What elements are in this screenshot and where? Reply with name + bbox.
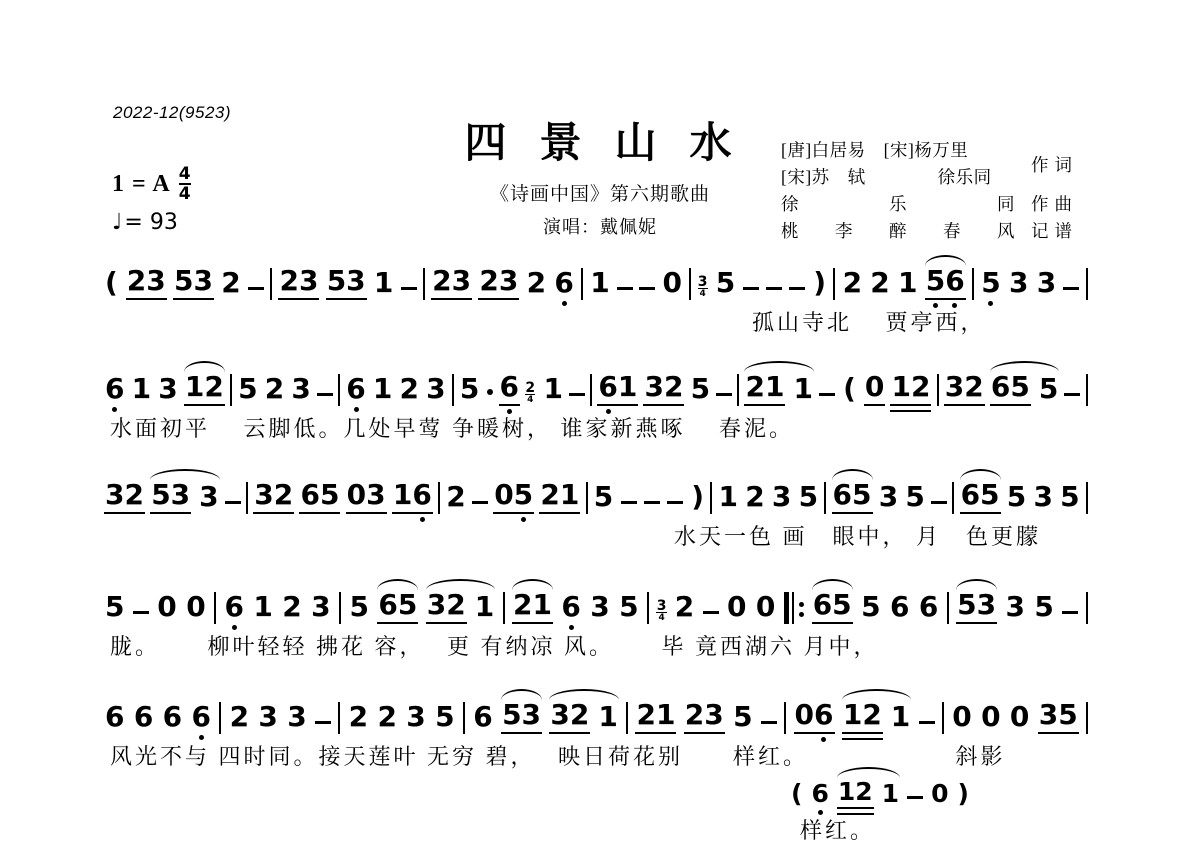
quarter-note-icon: ♩ bbox=[112, 210, 122, 235]
notation-line-2: 6131252361235624161325211(01232655 bbox=[104, 370, 1088, 406]
ending-lyrics: 样红。 bbox=[790, 818, 970, 844]
transcriber-names: 桃 李 醉 春 风 bbox=[781, 218, 1031, 245]
music-system-2: 6131252361235624161325211(01232655 水面初平 … bbox=[104, 370, 1088, 442]
music-system-3: 3253332650316205215)1235653565535 水天一色 画… bbox=[104, 478, 1088, 550]
composer-names: 徐 乐 同 bbox=[781, 191, 1031, 218]
lyrics-line-2: 水面初平 云脚低。几处早莺 争暖树， 谁家新燕啄 春泥。 bbox=[104, 416, 1088, 442]
role-label-transcriber: 记谱 bbox=[1031, 218, 1095, 245]
lyrics-line-3: 水天一色 画 眼中， 月 色更朦 bbox=[104, 524, 1088, 550]
time-denominator: 4 bbox=[179, 183, 191, 203]
notation-line-1: (235322353123232610345)22156533 bbox=[104, 264, 1088, 300]
song-subtitle: 《诗画中国》第六期歌曲 bbox=[490, 179, 710, 206]
key-signature: 1 = A 4 4 bbox=[112, 166, 191, 203]
ending-phrase: (61210) 样红。 bbox=[790, 777, 970, 844]
lyricist-names-line1: [唐]白居易 [宋]杨万里 bbox=[781, 137, 1031, 164]
music-system-5: 66662332235653321212350612100035 风光不与 四时… bbox=[104, 698, 1088, 770]
notation-line-5: 66662332235653321212350612100035 bbox=[104, 698, 1088, 734]
tempo-value: = 93 bbox=[124, 210, 177, 235]
lyrics-line-5: 风光不与 四时同。接天莲叶 无穷 碧， 映日荷花别 样红。 斜影 bbox=[104, 744, 1088, 770]
notation-line-4: 50061235653212163534200655665335 bbox=[104, 588, 1088, 624]
performer-credit: 演唱：戴佩妮 bbox=[543, 213, 657, 239]
key-label: 1 = A bbox=[112, 171, 171, 198]
score-page: 2022-12(9523) 四 景 山 水 《诗画中国》第六期歌曲 演唱：戴佩妮… bbox=[0, 0, 1200, 850]
role-label-composer: 作曲 bbox=[1031, 191, 1095, 218]
music-system-1: (235322353123232610345)22156533 孤山寺北 贾亭西… bbox=[104, 264, 1088, 336]
role-label-lyrics: 作词 bbox=[1031, 152, 1095, 177]
credits-block: [唐]白居易 [宋]杨万里 作词 [宋]苏 轼 徐乐同 徐 乐 同 作曲 桃 李… bbox=[781, 137, 1095, 245]
song-title: 四 景 山 水 bbox=[464, 110, 735, 170]
time-numerator: 4 bbox=[179, 166, 191, 183]
tempo-marking: ♩ = 93 bbox=[112, 210, 191, 235]
notation-line-3: 3253332650316205215)1235653565535 bbox=[104, 478, 1088, 514]
key-tempo-block: 1 = A 4 4 ♩ = 93 bbox=[112, 166, 191, 235]
lyrics-line-1: 孤山寺北 贾亭西， bbox=[104, 310, 1088, 336]
time-signature: 4 4 bbox=[179, 166, 191, 203]
ending-notation: (61210) bbox=[790, 777, 970, 809]
music-system-4: 50061235653212163534200655665335 胧。 柳叶轻轻… bbox=[104, 588, 1088, 660]
lyrics-line-4: 胧。 柳叶轻轻 拂花 容， 更 有纳凉 风。 毕 竟西湖六 月中， bbox=[104, 634, 1088, 660]
lyricist-names-line2: [宋]苏 轼 徐乐同 bbox=[781, 164, 1031, 191]
catalog-number: 2022-12(9523) bbox=[113, 103, 231, 123]
